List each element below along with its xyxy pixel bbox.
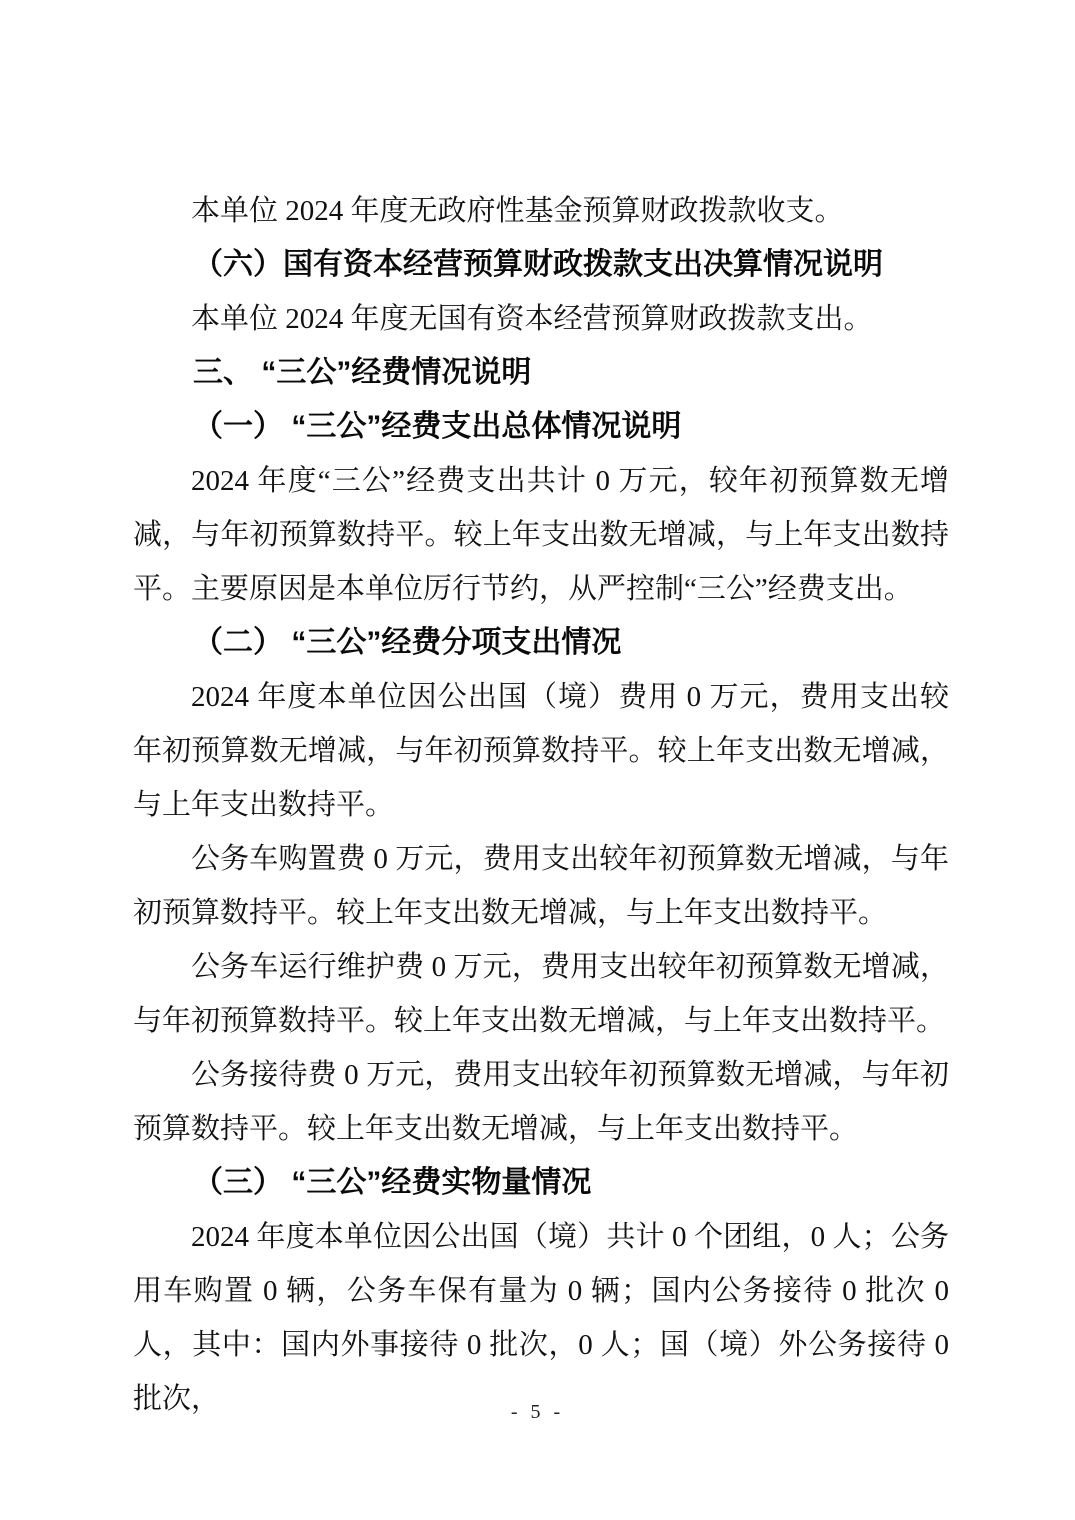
document-body: 本单位 2024 年度无政府性基金预算财政拨款收支。 （六）国有资本经营预算财政…: [133, 184, 949, 1426]
paragraph-vehicle-purchase-expense: 公务车购置费 0 万元，费用支出较年初预算数无增减，与年初预算数持平。较上年支出…: [133, 832, 949, 940]
paragraph-no-gov-fund-budget: 本单位 2024 年度无政府性基金预算财政拨款收支。: [133, 184, 949, 238]
page-number: - 5 -: [0, 1398, 1075, 1426]
paragraph-vehicle-maintenance-expense: 公务车运行维护费 0 万元，费用支出较年初预算数无增减，与年初预算数持平。较上年…: [133, 940, 949, 1048]
paragraph-sangong-physical-quantity: 2024 年度本单位因公出国（境）共计 0 个团组，0 人；公务用车购置 0 辆…: [133, 1210, 949, 1426]
document-page: 本单位 2024 年度无政府性基金预算财政拨款收支。 （六）国有资本经营预算财政…: [0, 0, 1075, 1520]
heading-section-six-state-capital: （六）国有资本经营预算财政拨款支出决算情况说明: [133, 238, 949, 292]
paragraph-official-reception-expense: 公务接待费 0 万元，费用支出较年初预算数无增减，与年初预算数持平。较上年支出数…: [133, 1048, 949, 1156]
paragraph-overseas-travel-expense: 2024 年度本单位因公出国（境）费用 0 万元，费用支出较年初预算数无增减，与…: [133, 670, 949, 832]
heading-part-three-sangong-overview: 三、 “三公”经费情况说明: [133, 346, 949, 400]
paragraph-no-state-capital-expense: 本单位 2024 年度无国有资本经营预算财政拨款支出。: [133, 292, 949, 346]
heading-sangong-total-expense: （一） “三公”经费支出总体情况说明: [133, 400, 949, 454]
heading-sangong-physical-quantity: （三） “三公”经费实物量情况: [133, 1156, 949, 1210]
paragraph-sangong-total-expense: 2024 年度“三公”经费支出共计 0 万元，较年初预算数无增减，与年初预算数持…: [133, 454, 949, 616]
heading-sangong-itemized-expense: （二） “三公”经费分项支出情况: [133, 616, 949, 670]
